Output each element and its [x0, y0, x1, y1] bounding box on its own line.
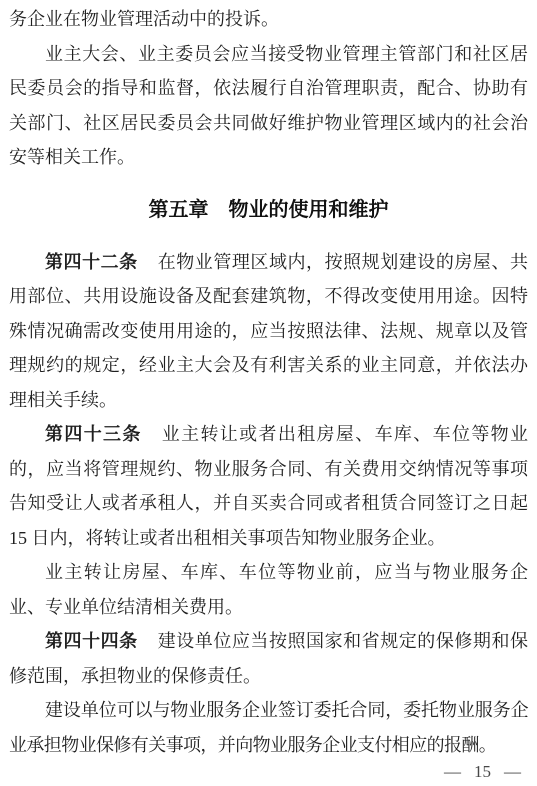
article-44-number: 第四十四条	[45, 631, 138, 651]
article-42-number: 第四十二条	[45, 252, 138, 272]
page-footer: —15—	[444, 762, 521, 782]
document-body: 务企业在物业管理活动中的投诉。 业主大会、业主委员会应当接受物业管理主管部门和社…	[0, 0, 537, 762]
footer-right-dash: —	[504, 762, 521, 782]
article-43-paragraph: 第四十三条业主转让或者出租房屋、车库、车位等物业的，应当将管理规约、物业服务合同…	[9, 417, 528, 555]
article-43-number: 第四十三条	[45, 424, 142, 444]
article-44-paragraph: 第四十四条建设单位应当按照国家和省规定的保修期和保修范围，承担物业的保修责任。	[9, 624, 528, 693]
document-page: 务企业在物业管理活动中的投诉。 业主大会、业主委员会应当接受物业管理主管部门和社…	[0, 0, 537, 786]
article-42-paragraph: 第四十二条在物业管理区域内，按照规划建设的房屋、共用部位、共用设施设备及配套建筑…	[9, 245, 528, 418]
page-number: 15	[474, 762, 491, 782]
construction-unit-paragraph: 建设单位可以与物业服务企业签订委托合同，委托物业服务企业承担物业保修有关事项，并…	[9, 693, 528, 762]
footer-left-dash: —	[444, 762, 461, 782]
owner-transfer-paragraph: 业主转让房屋、车库、车位等物业前，应当与物业服务企业、专业单位结清相关费用。	[9, 555, 528, 624]
continuation-paragraph: 务企业在物业管理活动中的投诉。	[9, 2, 528, 37]
article-42-text: 在物业管理区域内，按照规划建设的房屋、共用部位、共用设施设备及配套建筑物，不得改…	[9, 252, 528, 410]
chapter-heading: 第五章 物业的使用和维护	[9, 175, 528, 245]
owners-meeting-paragraph: 业主大会、业主委员会应当接受物业管理主管部门和社区居民委员会的指导和监督，依法履…	[9, 37, 528, 175]
